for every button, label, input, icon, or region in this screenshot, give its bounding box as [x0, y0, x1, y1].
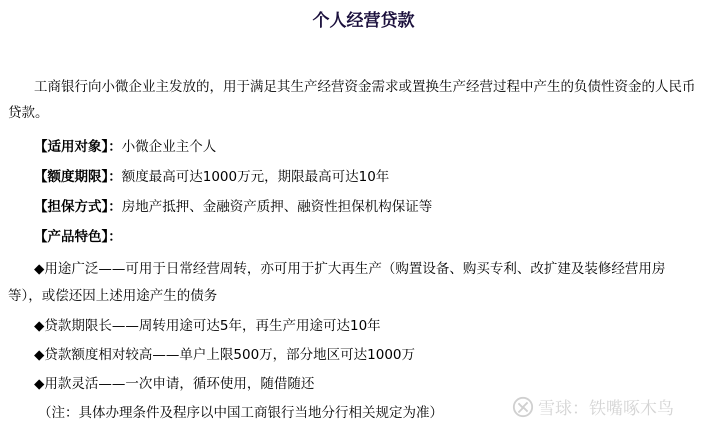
- xueqiu-logo-icon: [512, 396, 534, 418]
- section-label: 【担保方式】: [34, 199, 108, 215]
- diamond-bullet-icon: ◆: [34, 316, 44, 336]
- section-sep: ：: [108, 169, 122, 185]
- watermark-text: 雪球：铁嘴啄木鸟: [538, 394, 674, 419]
- section-label: 【额度期限】: [34, 169, 108, 185]
- diamond-bullet-icon: ◆: [34, 374, 44, 394]
- section-value: 额度最高可达1000万元，期限最高可达10年: [122, 169, 390, 185]
- section-label: 【适用对象】: [34, 139, 108, 155]
- watermark: 雪球：铁嘴啄木鸟: [512, 394, 674, 419]
- section-applicable: 【适用对象】：小微企业主个人: [34, 137, 216, 157]
- section-value: 房地产抵押、金融资产质押、融资性担保机构保证等: [122, 199, 433, 215]
- feature-item-3: ◆贷款额度相对较高——单户上限500万，部分地区可达1000万: [34, 345, 415, 365]
- section-sep: ：: [108, 199, 122, 215]
- intro-line-1: 工商银行向小微企业主发放的，用于满足其生产经营资金需求或置换生产经营过程中产生的…: [34, 77, 696, 97]
- section-value: 小微企业主个人: [122, 139, 217, 155]
- feature-item-4: ◆用款灵活——一次申请，循环使用，随借随还: [34, 374, 314, 394]
- section-features: 【产品特色】：: [34, 227, 122, 247]
- diamond-bullet-icon: ◆: [34, 259, 44, 279]
- section-sep: ：: [108, 139, 122, 155]
- section-limit-term: 【额度期限】：额度最高可达1000万元，期限最高可达10年: [34, 167, 389, 187]
- section-label: 【产品特色】: [34, 229, 108, 245]
- section-sep: ：: [108, 229, 122, 245]
- intro-line-2: 贷款。: [8, 103, 49, 123]
- page-title: 个人经营贷款: [0, 6, 727, 31]
- feature-item-1-continued: 等），或偿还因上述用途产生的债务: [8, 286, 217, 306]
- section-guarantee: 【担保方式】：房地产抵押、金融资产质押、融资性担保机构保证等: [34, 197, 432, 217]
- diamond-bullet-icon: ◆: [34, 345, 44, 365]
- feature-item-2: ◆贷款期限长——周转用途可达5年，再生产用途可达10年: [34, 316, 381, 336]
- footnote: （注：具体办理条件及程序以中国工商银行当地分行相关规定为准）: [38, 403, 443, 423]
- feature-item-1: ◆用途广泛——可用于日常经营周转，亦可用于扩大再生产（购置设备、购买专利、改扩建…: [34, 259, 665, 279]
